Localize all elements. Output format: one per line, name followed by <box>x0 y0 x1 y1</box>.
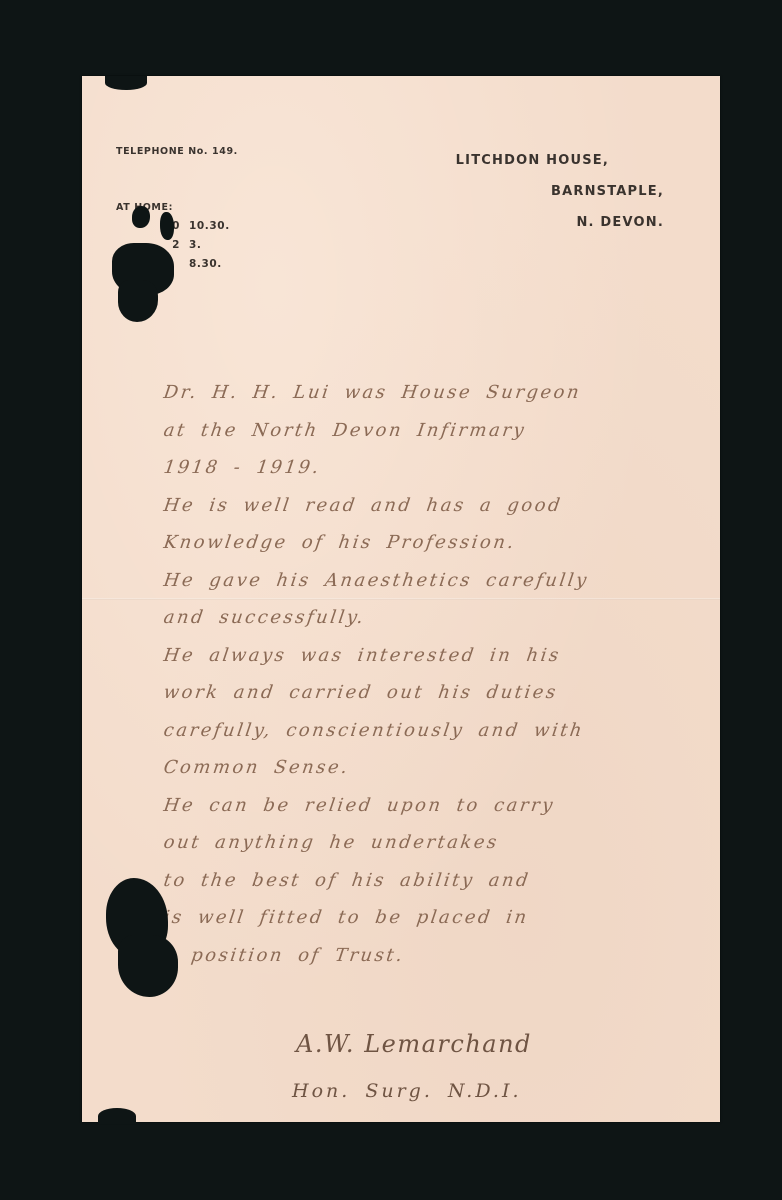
handwritten-letter-body: Dr. H. H. Lui was House Surgeon at the N… <box>160 382 680 982</box>
letter-line: and successfully. <box>160 607 685 645</box>
letter-line: is well fitted to be placed in <box>160 907 685 945</box>
signature-title: Hon. Surg. N.D.I. <box>292 1080 522 1102</box>
letter-line: Knowledge of his Profession. <box>160 532 685 570</box>
hours-to: 8.30. <box>189 258 222 270</box>
letter-line: work and carried out his duties <box>160 682 685 720</box>
paper-hole <box>118 935 178 997</box>
letter-line: He is well read and has a good <box>160 495 685 533</box>
letterhead-address: LITCHDON HOUSE, BARNSTAPLE, N. DEVON. <box>456 154 664 247</box>
letter-line: to the best of his ability and <box>160 870 685 908</box>
letter-line: He gave his Anaesthetics carefully <box>160 570 685 608</box>
paper-hole <box>160 212 174 240</box>
letter-line: at the North Devon Infirmary <box>160 420 685 458</box>
telephone-number: TELEPHONE No. 149. <box>116 146 238 157</box>
address-line-2: BARNSTAPLE, <box>456 185 664 216</box>
letter-line: Common Sense. <box>160 757 685 795</box>
letter-line: He can be relied upon to carry <box>160 795 685 833</box>
hours-to: 3. <box>189 239 202 251</box>
letter-line: 1918 - 1919. <box>160 457 685 495</box>
letter-line: Dr. H. H. Lui was House Surgeon <box>160 382 685 420</box>
paper-tear-bottom <box>98 1108 136 1124</box>
signature: A.W. Lemarchand <box>296 1030 532 1058</box>
paper-hole <box>132 206 150 228</box>
letter-line: a position of Trust. <box>160 945 685 983</box>
address-line-3: N. DEVON. <box>456 216 664 247</box>
paper-tear-top <box>105 76 147 90</box>
hours-to: 10.30. <box>189 220 230 232</box>
letter-line: out anything he undertakes <box>160 832 685 870</box>
address-line-1: LITCHDON HOUSE, <box>456 154 609 185</box>
letter-line: carefully, conscientiously and with <box>160 720 685 758</box>
letter-line: He always was interested in his <box>160 645 685 683</box>
letterhead-contact: TELEPHONE No. 149. AT HOME: 10 10.30. 2 … <box>116 146 238 157</box>
